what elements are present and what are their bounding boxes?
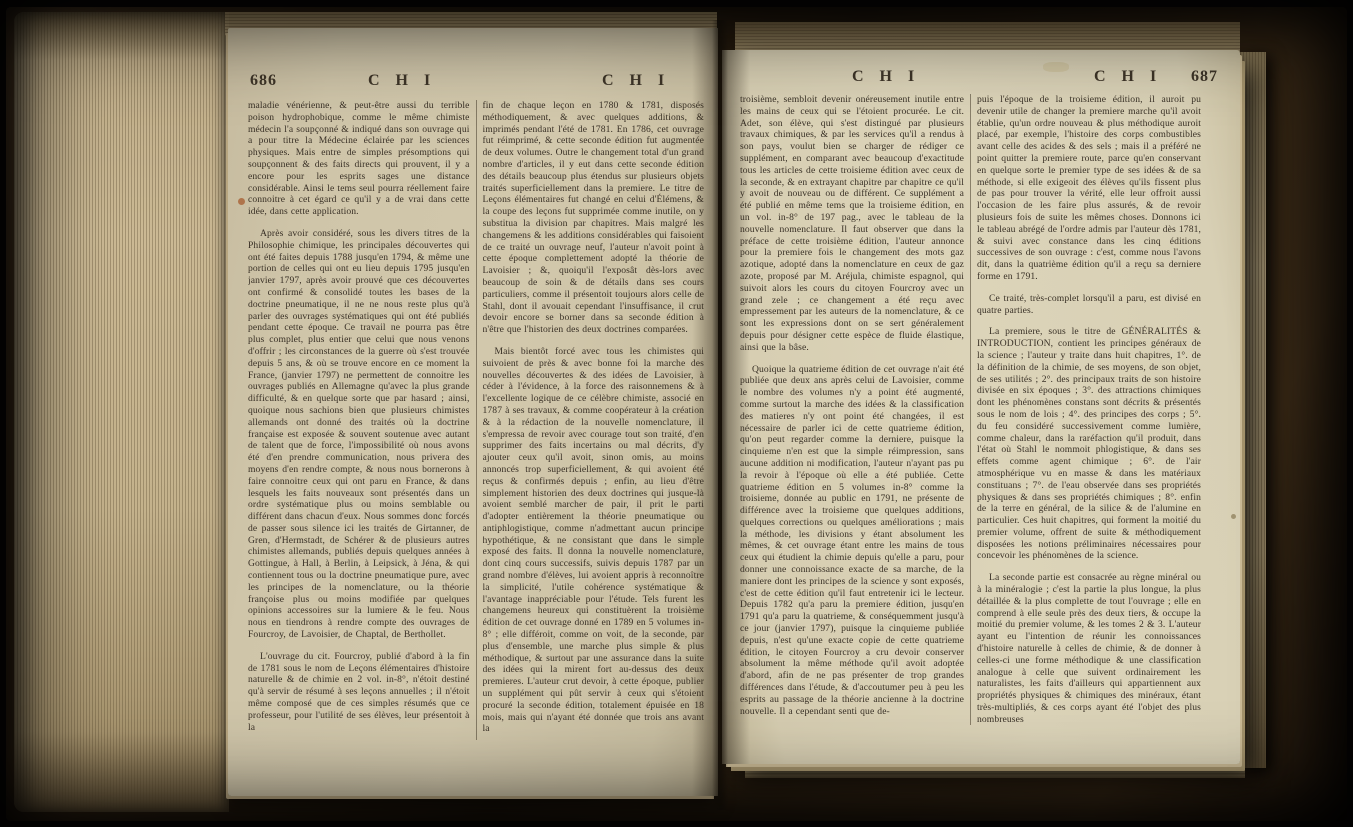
paragraph: troisième, sembloit devenir onéreusement…: [740, 94, 964, 354]
book-photo: 686 C H I C H I maladie vénérienne, & pe…: [0, 0, 1353, 827]
column-rule: [476, 100, 477, 740]
paragraph: La premiere, sous le titre de GÉNÉRALITÉ…: [977, 326, 1201, 562]
paragraph: maladie vénérienne, & peut-être aussi du…: [248, 100, 470, 218]
right-page-column-2: puis l'époque de la troisieme édition, i…: [977, 94, 1201, 744]
running-head-left-col1: C H I: [368, 72, 436, 90]
paragraph: fin de chaque leçon en 1780 & 1781, disp…: [483, 100, 705, 336]
paragraph: Ce traité, très-complet lorsqu'il a paru…: [977, 293, 1201, 317]
left-page-edges: [14, 12, 229, 812]
left-page-column-1: maladie vénérienne, & peut-être aussi du…: [248, 100, 470, 760]
paragraph: L'ouvrage du cit. Fourcroy, publié d'abo…: [248, 651, 470, 734]
running-head-right-col2: C H I: [1094, 68, 1162, 86]
right-page: C H I C H I 687 troisième, sembloit deve…: [722, 50, 1240, 764]
right-page-text: troisième, sembloit devenir onéreusement…: [740, 94, 1210, 744]
paragraph: puis l'époque de la troisieme édition, i…: [977, 94, 1201, 283]
paragraph: Quoique la quatrieme édition de cet ouvr…: [740, 364, 964, 718]
left-page-number: 686: [250, 72, 277, 90]
bottom-page-edges-right: [745, 762, 1245, 778]
left-page: 686 C H I C H I maladie vénérienne, & pe…: [228, 28, 718, 796]
left-page-text: maladie vénérienne, & peut-être aussi du…: [248, 100, 704, 760]
running-head-left-col2: C H I: [602, 72, 670, 90]
paragraph: Mais bientôt forcé avec tous les chimist…: [483, 346, 705, 735]
right-page-header: C H I C H I 687: [742, 68, 1224, 88]
running-head-right-col1: C H I: [852, 68, 920, 86]
right-page-column-1: troisième, sembloit devenir onéreusement…: [740, 94, 964, 744]
paragraph: La seconde partie est consacrée au règne…: [977, 572, 1201, 725]
column-rule: [970, 94, 971, 725]
left-page-header: 686 C H I C H I: [250, 72, 704, 92]
left-page-column-2: fin de chaque leçon en 1780 & 1781, disp…: [483, 100, 705, 760]
paragraph: Après avoir considéré, sous les divers t…: [248, 228, 470, 641]
right-page-edges: [1240, 52, 1266, 768]
right-page-number: 687: [1191, 68, 1218, 86]
top-page-edges-right: [735, 22, 1240, 52]
